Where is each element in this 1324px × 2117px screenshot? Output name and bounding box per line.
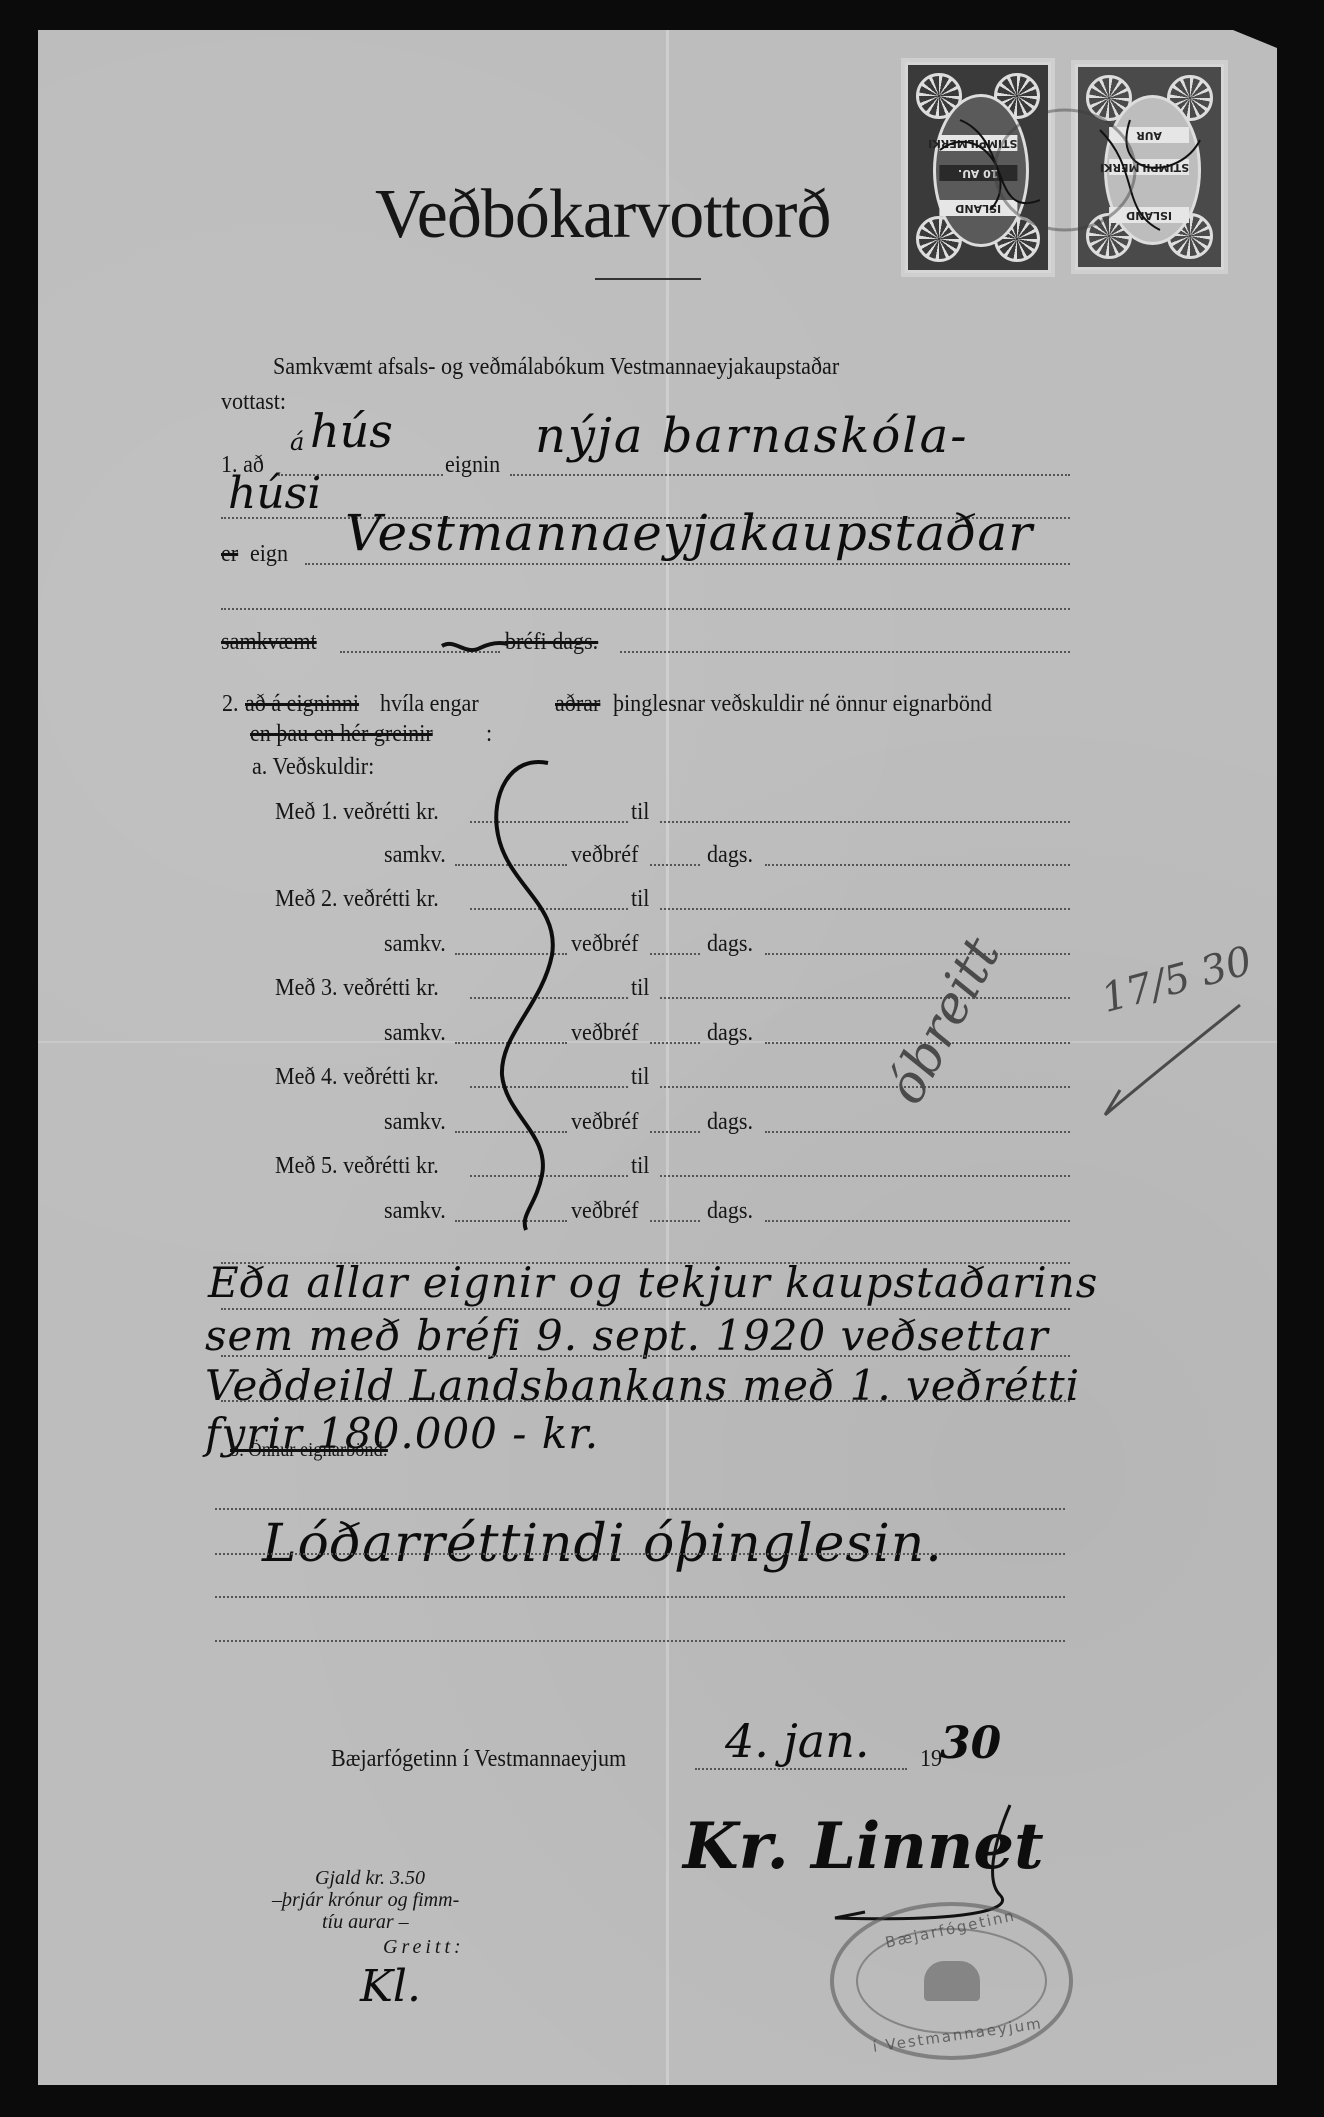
intro-vottast: vottast: bbox=[221, 390, 286, 414]
row-dags: dags. bbox=[707, 932, 753, 956]
squiggle-strike bbox=[440, 638, 510, 658]
page-title: Veðbókarvottorð bbox=[375, 180, 830, 250]
section2-text: hvíla engar bbox=[380, 692, 479, 716]
dotted-field bbox=[215, 1508, 1065, 1510]
dotted-field bbox=[305, 563, 1070, 565]
row-priority: Með 1. veðrétti kr. bbox=[275, 800, 439, 824]
struck-text: að á eigninni bbox=[245, 692, 359, 716]
hand-note-line: Eða allar eignir og tekjur kaupstaðarins bbox=[208, 1262, 1098, 1304]
row-samkv: samkv. bbox=[384, 1110, 446, 1134]
handwritten-strike-brace bbox=[480, 755, 590, 1235]
label-eign: eign bbox=[250, 542, 288, 566]
label-er-struck: er bbox=[221, 542, 238, 566]
row-priority: Með 4. veðrétti kr. bbox=[275, 1065, 439, 1089]
dotted-field bbox=[765, 1220, 1070, 1222]
row-samkv: samkv. bbox=[384, 1021, 446, 1045]
dotted-field bbox=[215, 1596, 1065, 1598]
label-samkvaemt-struck: samkvæmt bbox=[221, 630, 317, 654]
dotted-field bbox=[221, 1308, 1070, 1310]
title-underline bbox=[595, 278, 701, 280]
fee-line: Gjald kr. 3.50 bbox=[315, 1868, 425, 1888]
dotted-field bbox=[695, 1768, 907, 1770]
hand-note-line: sem með bréfi 9. sept. 1920 veðsettar bbox=[205, 1315, 1049, 1357]
dotted-field bbox=[650, 1220, 700, 1222]
crown-icon bbox=[924, 1961, 980, 2001]
row-dags: dags. bbox=[707, 1021, 753, 1045]
row-samkv: samkv. bbox=[384, 932, 446, 956]
hand-property-line2: húsi bbox=[228, 472, 321, 516]
section2-text: þinglesnar veðskuldir né önnur eignarbön… bbox=[613, 692, 992, 716]
row-samkv: samkv. bbox=[384, 1199, 446, 1223]
dotted-field bbox=[650, 1131, 700, 1133]
hand-date: 4. jan. bbox=[725, 1718, 869, 1764]
dotted-field bbox=[510, 474, 1070, 476]
row-til: til bbox=[631, 1065, 649, 1089]
sub-a-label: a. Veðskuldir: bbox=[252, 755, 374, 779]
fee-line: tíu aurar – bbox=[322, 1912, 409, 1932]
hand-note-b: Lóðarréttindi óþinglesin. bbox=[262, 1518, 943, 1570]
hand-hus: hús bbox=[310, 408, 393, 454]
dotted-field bbox=[215, 1553, 1065, 1555]
dotted-field bbox=[650, 1042, 700, 1044]
office-label: Bæjarfógetinn í Vestmannaeyjum bbox=[331, 1747, 626, 1771]
sub-b-struck: b. Önnur eignarbönd: bbox=[230, 1440, 388, 1460]
section2-colon: : bbox=[486, 722, 492, 746]
dotted-field bbox=[620, 651, 1070, 653]
dotted-field bbox=[215, 1640, 1065, 1642]
dotted-field bbox=[765, 864, 1070, 866]
row-dags: dags. bbox=[707, 1199, 753, 1223]
hand-a: á bbox=[290, 430, 304, 454]
dotted-field bbox=[765, 1131, 1070, 1133]
dotted-field bbox=[650, 864, 700, 866]
hand-property-line1: nýja barnaskóla- bbox=[535, 412, 968, 460]
paid-initials: Kl. bbox=[360, 1965, 421, 2009]
hand-owner: Vestmannaeyjakaupstaðar bbox=[345, 508, 1033, 558]
row-til: til bbox=[631, 1154, 649, 1178]
dotted-field bbox=[660, 821, 1070, 823]
row-til: til bbox=[631, 800, 649, 824]
row-dags: dags. bbox=[707, 843, 753, 867]
row-priority: Með 2. veðrétti kr. bbox=[275, 887, 439, 911]
row-til: til bbox=[631, 887, 649, 911]
stamp-cancellation-marks bbox=[900, 60, 1230, 270]
dotted-field bbox=[660, 997, 1070, 999]
fee-line: –þrjár krónur og fimm- bbox=[272, 1890, 459, 1910]
dotted-field bbox=[221, 1355, 1070, 1357]
row-til: til bbox=[631, 976, 649, 1000]
official-seal: Bæjarfógetinn í Vestmannaeyjum bbox=[830, 1902, 1073, 2060]
dotted-field bbox=[650, 953, 700, 955]
dotted-field bbox=[660, 1086, 1070, 1088]
struck-text: aðrar bbox=[555, 692, 600, 716]
dotted-field bbox=[660, 1175, 1070, 1177]
section2-label: 2. bbox=[222, 692, 239, 716]
row-priority: Með 3. veðrétti kr. bbox=[275, 976, 439, 1000]
dotted-field bbox=[221, 1400, 1070, 1402]
label-brefi-dags-struck: bréfi dags. bbox=[505, 630, 598, 654]
pencil-checkmark bbox=[1100, 995, 1250, 1125]
intro-line: Samkvæmt afsals- og veðmálabókum Vestman… bbox=[273, 355, 839, 379]
label-eigninni: eignin bbox=[445, 453, 500, 477]
paid-label: Greitt: bbox=[383, 1937, 465, 1957]
dotted-field bbox=[765, 953, 1070, 955]
year-prefix: 19 bbox=[920, 1747, 942, 1771]
dotted-field bbox=[660, 908, 1070, 910]
row-priority: Með 5. veðrétti kr. bbox=[275, 1154, 439, 1178]
row-dags: dags. bbox=[707, 1110, 753, 1134]
struck-text: en þau en hér greinir bbox=[250, 722, 433, 746]
row-samkv: samkv. bbox=[384, 843, 446, 867]
dotted-field bbox=[221, 608, 1070, 610]
hand-year: 30 bbox=[940, 1722, 1001, 1766]
document-page bbox=[38, 30, 1277, 2085]
